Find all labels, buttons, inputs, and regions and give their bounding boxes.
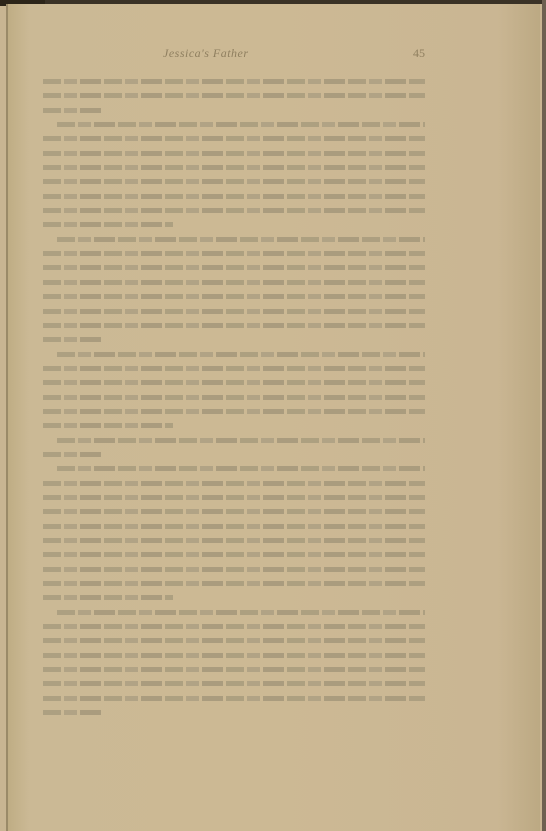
text-line	[43, 217, 425, 231]
paragraph	[43, 347, 425, 433]
page-number: 45	[413, 46, 425, 61]
text-line	[43, 691, 425, 705]
text-line	[43, 404, 425, 418]
text-line	[43, 533, 425, 547]
paragraph	[43, 117, 425, 232]
text-line	[43, 447, 425, 461]
text-line	[43, 246, 425, 260]
text-line	[43, 332, 425, 346]
text-line	[43, 304, 425, 318]
text-line	[43, 476, 425, 490]
paragraph	[43, 74, 425, 117]
paragraph	[43, 461, 425, 604]
text-line	[43, 103, 425, 117]
page-body-text	[43, 74, 425, 719]
text-line	[43, 117, 425, 131]
text-line	[43, 390, 425, 404]
text-line	[43, 260, 425, 274]
text-line	[43, 504, 425, 518]
text-line	[43, 160, 425, 174]
text-line	[43, 174, 425, 188]
text-line	[43, 676, 425, 690]
paragraph	[43, 605, 425, 720]
text-line	[43, 189, 425, 203]
text-line	[43, 662, 425, 676]
text-line	[43, 203, 425, 217]
text-line	[43, 418, 425, 432]
text-line	[43, 490, 425, 504]
paragraph	[43, 232, 425, 347]
text-line	[43, 74, 425, 88]
text-line	[43, 232, 425, 246]
text-line	[43, 562, 425, 576]
text-line	[43, 547, 425, 561]
text-line	[43, 519, 425, 533]
running-header-title: Jessica's Father	[163, 46, 249, 61]
text-line	[43, 633, 425, 647]
text-line	[43, 605, 425, 619]
text-line	[43, 433, 425, 447]
paragraph	[43, 433, 425, 462]
text-line	[43, 619, 425, 633]
text-line	[43, 461, 425, 475]
text-line	[43, 375, 425, 389]
text-line	[43, 88, 425, 102]
text-line	[43, 347, 425, 361]
scan-right-edge	[542, 0, 546, 831]
running-header: Jessica's Father 45	[43, 46, 425, 62]
text-line	[43, 146, 425, 160]
text-line	[43, 590, 425, 604]
text-line	[43, 131, 425, 145]
text-line	[43, 648, 425, 662]
text-line	[43, 275, 425, 289]
text-line	[43, 705, 425, 719]
text-line	[43, 318, 425, 332]
text-line	[43, 576, 425, 590]
text-line	[43, 361, 425, 375]
text-line	[43, 289, 425, 303]
